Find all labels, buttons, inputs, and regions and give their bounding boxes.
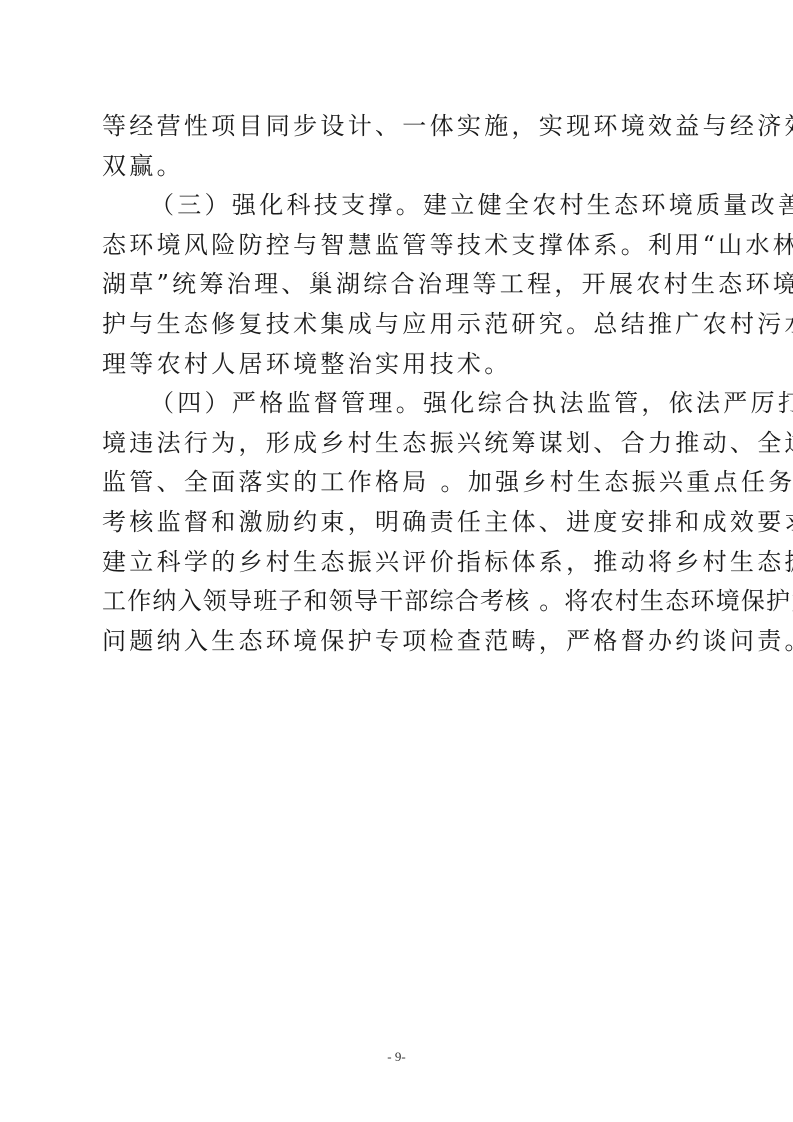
text-line: 等经营性项目同步设计、一体实施，实现环境效益与经济效益 — [102, 107, 682, 147]
text-line: 考核监督和激励约束，明确责任主体、进度安排和成效要求， — [102, 503, 682, 543]
text-line: 湖草”统筹治理、巢湖综合治理等工程，开展农村生态环境保 — [102, 265, 682, 305]
text-line: 护与生态修复技术集成与应用示范研究。总结推广农村污水治 — [102, 305, 682, 345]
text-line: 态环境风险防控与智慧监管等技术支撑体系。利用“山水林田 — [102, 226, 682, 266]
text-line: 工作纳入领导班子和领导干部综合考核 。将农村生态环境保护突出 — [102, 582, 682, 622]
text-line: 双赢。 — [102, 147, 682, 187]
text-line: 监管、全面落实的工作格局 。加强乡村生态振兴重点任务实施 — [102, 463, 682, 503]
paragraph-section-3: （三）强化科技支撑。建立健全农村生态环境质量改善、生 态环境风险防控与智慧监管等… — [102, 186, 682, 384]
text-line: 境违法行为，形成乡村生态振兴统筹谋划、合力推动、全过程 — [102, 424, 682, 464]
text-line: 问题纳入生态环境保护专项检查范畴，严格督办约谈问责。 — [102, 622, 682, 662]
page-number: - 9- — [0, 1049, 793, 1065]
text-line: 建立科学的乡村生态振兴评价指标体系，推动将乡村生态振兴 — [102, 543, 682, 583]
text-line: 理等农村人居环境整治实用技术。 — [102, 345, 682, 385]
document-page: 等经营性项目同步设计、一体实施，实现环境效益与经济效益 双赢。 （三）强化科技支… — [0, 0, 793, 1122]
document-body: 等经营性项目同步设计、一体实施，实现环境效益与经济效益 双赢。 （三）强化科技支… — [102, 107, 682, 661]
paragraph-continuation: 等经营性项目同步设计、一体实施，实现环境效益与经济效益 双赢。 — [102, 107, 682, 186]
text-line: （三）强化科技支撑。建立健全农村生态环境质量改善、生 — [102, 186, 682, 226]
text-line: （四）严格监督管理。强化综合执法监管，依法严厉打击环 — [102, 384, 682, 424]
paragraph-section-4: （四）严格监督管理。强化综合执法监管，依法严厉打击环 境违法行为，形成乡村生态振… — [102, 384, 682, 661]
